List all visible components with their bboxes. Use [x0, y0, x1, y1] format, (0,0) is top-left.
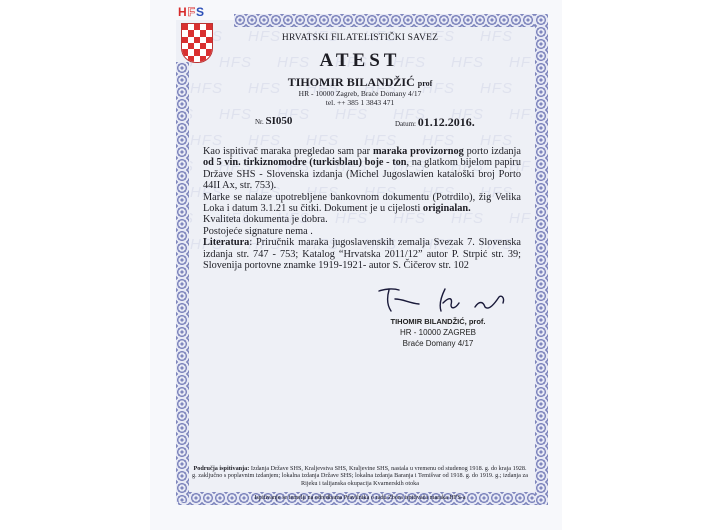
signature-line: Postojeće signature nema .: [203, 226, 521, 237]
phone-line: tel. ++ 385 1 3843 471: [200, 98, 520, 107]
examiner-name: TIHOMIR BILANDŽIĆ prof: [200, 75, 520, 90]
quality-line: Kvaliteta dokumenta je dobra.: [203, 214, 521, 225]
examination-scope: Područja ispitivanja: Izdanja Države SHS…: [192, 465, 528, 487]
hfs-logo-text: HFS: [178, 5, 205, 19]
certificate-date: Datum: 01.12.2016.: [395, 115, 475, 130]
signer-city: HR - 10000 ZAGREB: [378, 327, 498, 338]
text: Kao ispitivač maraka pregledao sam par: [203, 146, 373, 157]
text: porto izdanja: [464, 146, 521, 157]
document-title: ATEST: [200, 50, 520, 72]
rope-border-right: [535, 14, 548, 504]
logo-letter-s: S: [196, 5, 205, 19]
examiner-address: HR - 10000 Zagreb, Braće Domany 4/17 tel…: [200, 89, 520, 107]
logo-letter-f: F: [188, 5, 196, 19]
document-paragraph: Marke se nalaze upotrebljene bankovnom d…: [203, 192, 521, 215]
text: Marke se nalaze upotrebljene bankovnom d…: [203, 192, 521, 214]
literature-text: : Priručnik maraka jugoslavenskih zemalj…: [203, 237, 521, 271]
text-bold: od 5 vin. tirkiznomodre (turkisblau) boj…: [203, 157, 407, 168]
examiner-name-text: TIHOMIR BILANDŽIĆ: [288, 75, 415, 89]
nr-label: Nr.: [255, 118, 264, 126]
date-value: 01.12.2016.: [418, 115, 475, 129]
handwritten-signature: [375, 285, 515, 315]
signer-street: Braće Domany 4/17: [378, 338, 498, 349]
rope-border-top: [234, 14, 548, 27]
organization-name: HRVATSKI FILATELISTIČKI SAVEZ: [200, 33, 520, 43]
date-label: Datum:: [395, 120, 416, 128]
description-paragraph: Kao ispitivač maraka pregledao sam par m…: [203, 146, 521, 192]
text-bold: originalan.: [423, 203, 471, 214]
rope-border-left: [176, 62, 189, 502]
signature-block: TIHOMIR BILANDŽIĆ, prof. HR - 10000 ZAGR…: [378, 316, 498, 349]
certificate-body: Kao ispitivač maraka pregledao sam par m…: [203, 146, 521, 271]
signer-name: TIHOMIR BILANDŽIĆ, prof.: [378, 316, 498, 327]
nr-value: SI050: [266, 115, 293, 127]
text-bold: maraka provizornog: [373, 146, 464, 157]
address-line: HR - 10000 Zagreb, Braće Domany 4/17: [200, 89, 520, 98]
literature-paragraph: Literatura: Priručnik maraka jugoslavens…: [203, 237, 521, 271]
examiner-suffix: prof: [418, 79, 433, 88]
rules-note: Ispitivanje se temelji na odredbama Prav…: [192, 494, 528, 501]
certificate-number: Nr. SI050: [255, 115, 292, 127]
logo-letter-h: H: [178, 5, 188, 19]
scope-label: Područja ispitivanja:: [193, 465, 249, 472]
literature-label: Literatura: [203, 237, 249, 248]
